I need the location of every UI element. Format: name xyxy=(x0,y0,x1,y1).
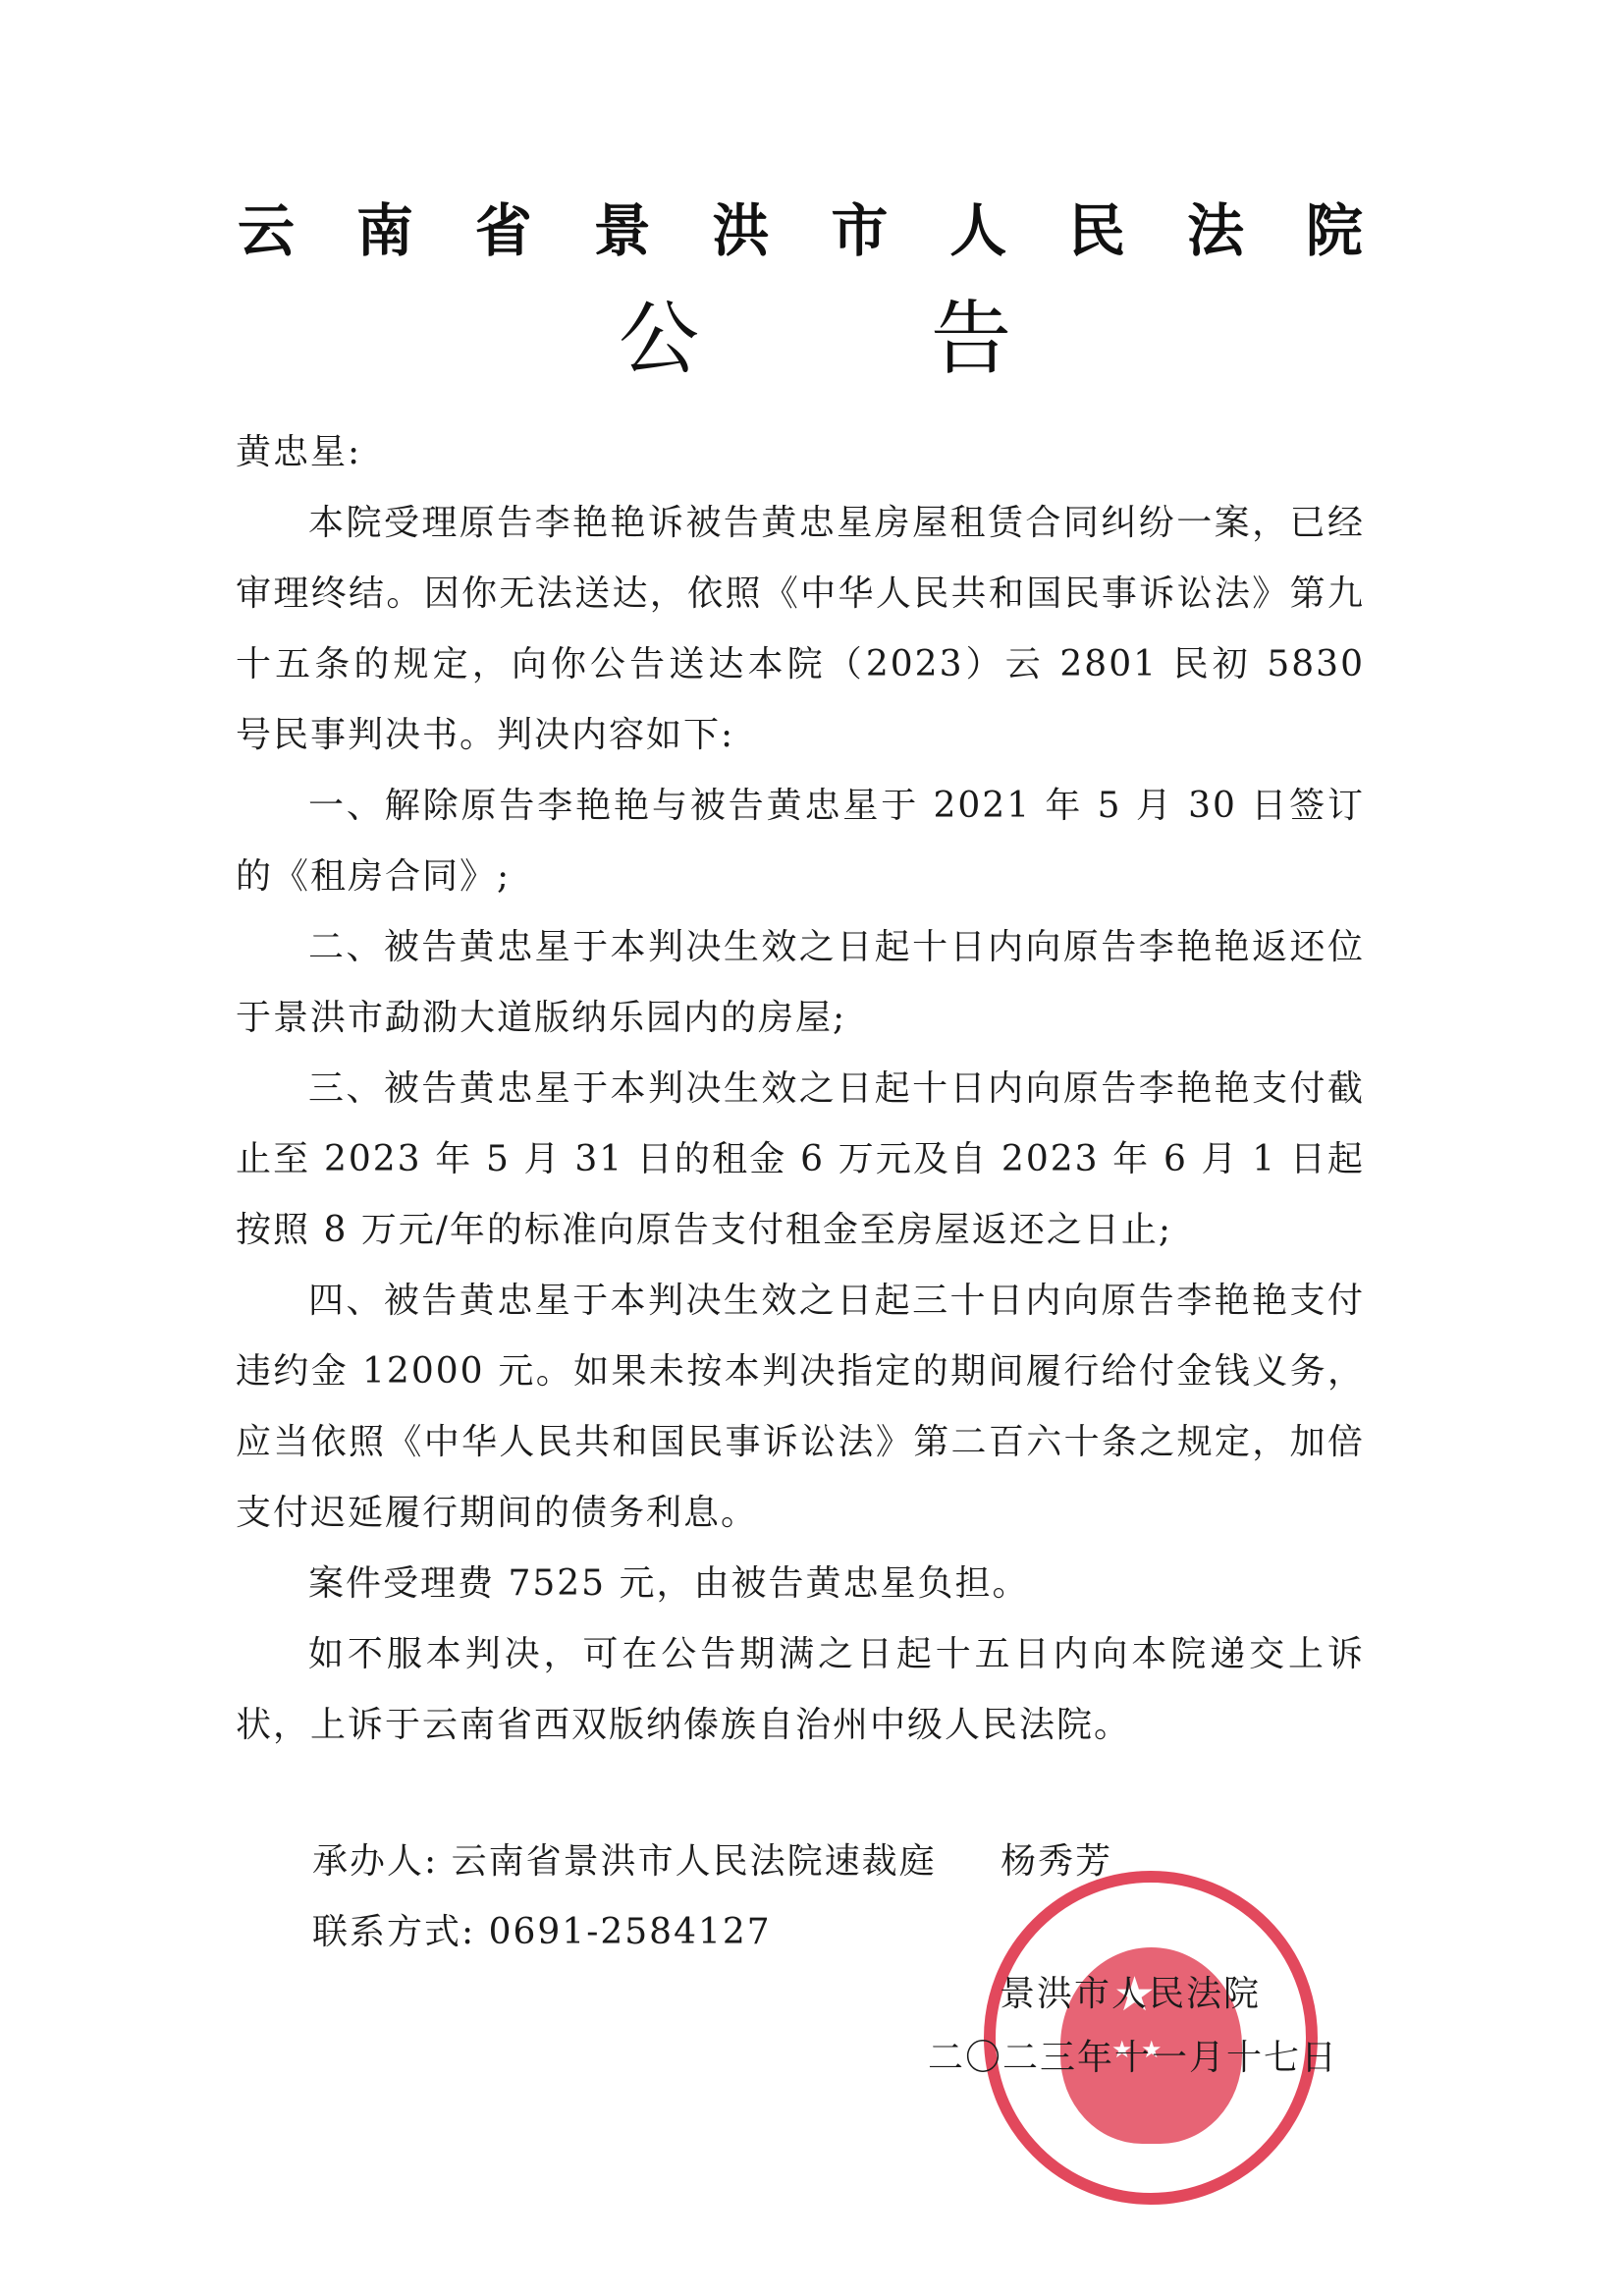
title-char: 云 xyxy=(236,196,297,265)
notice-body: 黄忠星: 本院受理原告李艳艳诉被告黄忠星房屋租赁合同纠纷一案，已经审理终结。因你… xyxy=(236,417,1365,1761)
contact-block: 承办人: 云南省景洪市人民法院速裁庭 杨秀芳 联系方式: 0691-258412… xyxy=(312,1827,1112,1968)
judgment-item-2: 二、被告黄忠星于本判决生效之日起十日内向原告李艳艳返还位于景洪市勐泐大道版纳乐园… xyxy=(236,912,1365,1054)
title-char: 人 xyxy=(947,196,1008,265)
notice-title: 公 告 xyxy=(619,293,1011,387)
salutation: 黄忠星: xyxy=(236,417,1365,488)
phone-row: 联系方式: 0691-2584127 xyxy=(312,1897,1112,1968)
court-name-title: 云 南 省 景 洪 市 人 民 法 院 xyxy=(236,196,1365,265)
title-char: 告 xyxy=(931,293,1011,387)
title-char: 省 xyxy=(473,196,534,265)
handler-label: 承办人: xyxy=(312,1841,438,1882)
handler-name: 杨秀芳 xyxy=(1001,1841,1112,1882)
title-char: 市 xyxy=(829,196,890,265)
issuing-court: 景洪市人民法院 xyxy=(1000,1969,1261,2020)
document-page: 云 南 省 景 洪 市 人 民 法 院 公 告 黄忠星: 本院受理原告李艳艳诉被… xyxy=(0,0,1623,2296)
title-char: 公 xyxy=(619,293,699,387)
title-char: 院 xyxy=(1304,196,1365,265)
handler-dept: 云南省景洪市人民法院速裁庭 xyxy=(452,1841,937,1882)
phone-number: 0691-2584127 xyxy=(489,1912,772,1952)
paragraph-intro: 本院受理原告李艳艳诉被告黄忠星房屋租赁合同纠纷一案，已经审理终结。因你无法送达，… xyxy=(236,488,1365,771)
title-char: 景 xyxy=(592,196,653,265)
appeal-paragraph: 如不服本判决，可在公告期满之日起十五日内向本院递交上诉状，上诉于云南省西双版纳傣… xyxy=(236,1619,1365,1761)
title-char: 民 xyxy=(1066,196,1127,265)
judgment-item-3: 三、被告黄忠星于本判决生效之日起十日内向原告李艳艳支付截止至 2023 年 5 … xyxy=(236,1054,1365,1266)
judgment-item-4: 四、被告黄忠星于本判决生效之日起三十日内向原告李艳艳支付违约金 12000 元。… xyxy=(236,1266,1365,1549)
issue-date: 二〇二三年十一月十七日 xyxy=(928,2033,1338,2084)
title-char: 洪 xyxy=(711,196,772,265)
phone-label: 联系方式: xyxy=(312,1912,475,1952)
court-fee-paragraph: 案件受理费 7525 元，由被告黄忠星负担。 xyxy=(236,1549,1365,1619)
title-char: 法 xyxy=(1185,196,1246,265)
handler-row: 承办人: 云南省景洪市人民法院速裁庭 杨秀芳 xyxy=(312,1827,1112,1897)
title-char: 南 xyxy=(354,196,415,265)
judgment-item-1: 一、解除原告李艳艳与被告黄忠星于 2021 年 5 月 30 日签订的《租房合同… xyxy=(236,771,1365,912)
